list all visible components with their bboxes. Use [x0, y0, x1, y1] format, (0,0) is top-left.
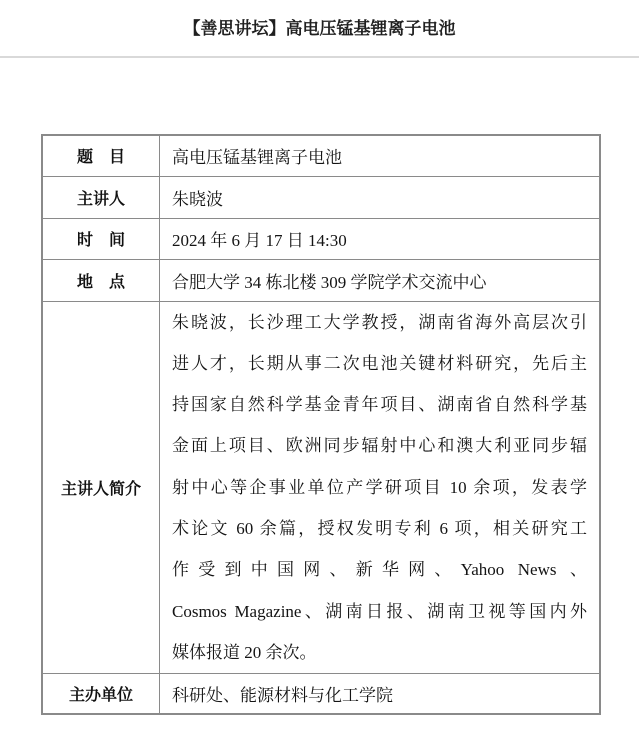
location-value: 合肥大学 34 栋北楼 309 学院学术交流中心: [160, 259, 601, 301]
title-divider: [0, 56, 639, 58]
table-row-topic: 题 目 高电压锰基锂离子电池: [42, 135, 600, 176]
lecture-info-table: 题 目 高电压锰基锂离子电池 主讲人 朱晓波 时 间 2024 年 6 月 17…: [41, 134, 601, 715]
bio-line: 朱晓波，长沙理工大学教授，湖南省海外高层次引: [172, 302, 587, 343]
time-value: 2024 年 6 月 17 日 14:30: [160, 218, 601, 259]
speaker-label: 主讲人: [42, 176, 160, 218]
table-row-location: 地 点 合肥大学 34 栋北楼 309 学院学术交流中心: [42, 259, 600, 301]
speaker-bio-label: 主讲人简介: [42, 301, 160, 674]
topic-label: 题 目: [42, 135, 160, 176]
bio-line: 金面上项目、欧洲同步辐射中心和澳大利亚同步辐: [172, 425, 587, 466]
speaker-value: 朱晓波: [160, 176, 601, 218]
table-row-organizer: 主办单位 科研处、能源材料与化工学院: [42, 674, 600, 714]
topic-value: 高电压锰基锂离子电池: [160, 135, 601, 176]
bio-line: 媒体报道 20 余次。: [172, 632, 587, 673]
organizer-label: 主办单位: [42, 674, 160, 714]
time-label: 时 间: [42, 218, 160, 259]
page-title: 【善思讲坛】高电压锰基锂离子电池: [0, 0, 639, 39]
table-row-speaker-bio: 主讲人简介 朱晓波，长沙理工大学教授，湖南省海外高层次引 进人才，长期从事二次电…: [42, 301, 600, 674]
bio-line: 进人才，长期从事二次电池关键材料研究，先后主: [172, 343, 587, 384]
speaker-bio-value: 朱晓波，长沙理工大学教授，湖南省海外高层次引 进人才，长期从事二次电池关键材料研…: [160, 301, 601, 674]
table-row-time: 时 间 2024 年 6 月 17 日 14:30: [42, 218, 600, 259]
location-label: 地 点: [42, 259, 160, 301]
bio-line: 术论文 60 余篇，授权发明专利 6 项，相关研究工: [172, 508, 587, 549]
bio-line: 作受到中国网、新华网、Yahoo News 、: [172, 549, 587, 590]
bio-line: 持国家自然科学基金青年项目、湖南省自然科学基: [172, 384, 587, 425]
table-row-speaker: 主讲人 朱晓波: [42, 176, 600, 218]
bio-line: 射中心等企事业单位产学研项目 10 余项，发表学: [172, 467, 587, 508]
bio-line: Cosmos Magazine、湖南日报、湖南卫视等国内外: [172, 591, 587, 632]
organizer-value: 科研处、能源材料与化工学院: [160, 674, 601, 714]
